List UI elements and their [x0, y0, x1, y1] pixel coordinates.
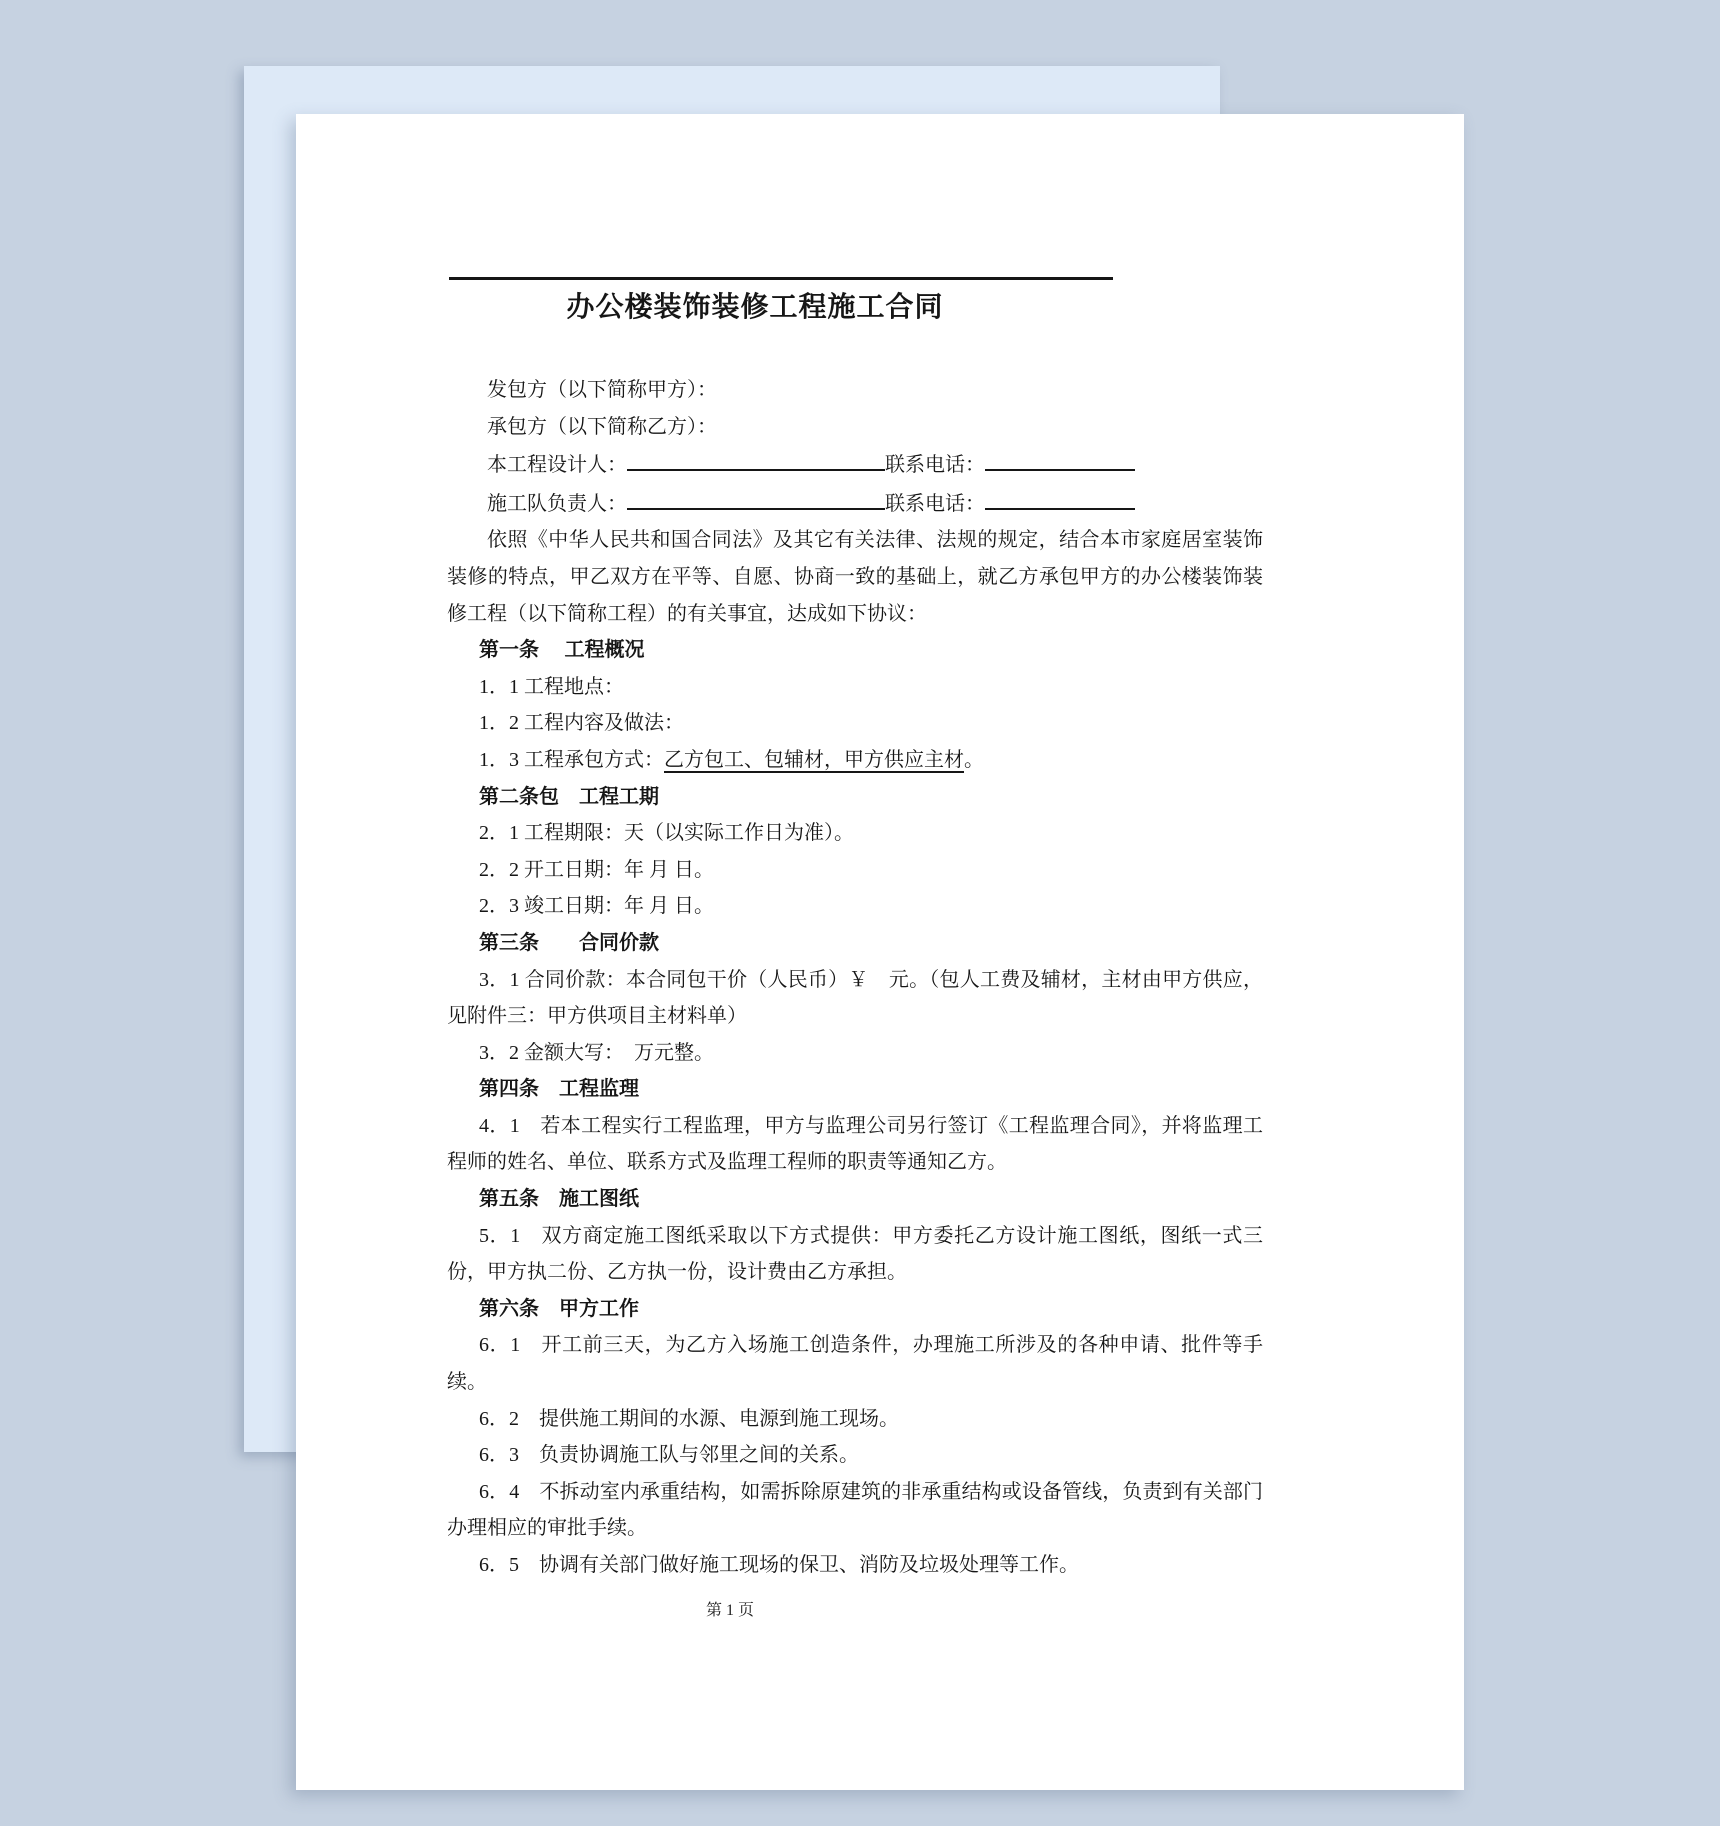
desktop-background: { "colors": { "background": "#c6d2e1", "…: [0, 0, 1720, 1826]
clause-item: 3．1 合同价款：本合同包干价（人民币）￥ 元。（包人工费及辅材，主材由甲方供应…: [447, 962, 1263, 1035]
clause-item: 1．1 工程地点：: [447, 669, 1263, 706]
clause-item: 2．1 工程期限：天（以实际工作日为准）。: [447, 815, 1263, 852]
form-label: 本工程设计人：: [487, 454, 627, 476]
form-row-crew-leader: 施工队负责人：联系电话：: [447, 484, 1263, 523]
page-content: 办公楼装饰装修工程施工合同 发包方（以下简称甲方）： 承包方（以下简称乙方）： …: [447, 277, 1263, 1626]
form-label: 施工队负责人：: [487, 493, 627, 515]
blank-line: [627, 445, 885, 471]
document-page: 办公楼装饰装修工程施工合同 发包方（以下简称甲方）： 承包方（以下简称乙方）： …: [296, 114, 1464, 1790]
party-line-a: 发包方（以下简称甲方）：: [447, 372, 1263, 409]
section-heading-2: 第二条包 工程工期: [447, 779, 1263, 816]
clause-item: 6．3 负责协调施工队与邻里之间的关系。: [447, 1437, 1263, 1474]
clause-item: 4．1 若本工程实行工程监理，甲方与监理公司另行签订《工程监理合同》，并将监理工…: [447, 1108, 1263, 1181]
title-divider: [449, 277, 1113, 280]
page-footer: 第 1 页: [447, 1596, 1263, 1626]
section-heading-3: 第三条 合同价款: [447, 925, 1263, 962]
clause-item: 3．2 金额大写： 万元整。: [447, 1035, 1263, 1072]
clause-item: 5．1 双方商定施工图纸采取以下方式提供：甲方委托乙方设计施工图纸，图纸一式三份…: [447, 1218, 1263, 1291]
document-title: 办公楼装饰装修工程施工合同: [447, 284, 1063, 330]
underlined-clause-text: 乙方包工、包辅材，甲方供应主材: [664, 749, 964, 771]
clause-item: 2．2 开工日期：年 月 日。: [447, 852, 1263, 889]
section-heading-5: 第五条 施工图纸: [447, 1181, 1263, 1218]
clause-text: 。: [964, 749, 984, 771]
party-line-b: 承包方（以下简称乙方）：: [447, 409, 1263, 446]
clause-item: 6．2 提供施工期间的水源、电源到施工现场。: [447, 1401, 1263, 1438]
form-row-designer: 本工程设计人：联系电话：: [447, 445, 1263, 484]
clause-item: 2．3 竣工日期：年 月 日。: [447, 888, 1263, 925]
blank-line: [985, 484, 1135, 510]
blank-line: [627, 484, 885, 510]
blank-line: [985, 445, 1135, 471]
phone-label: 联系电话：: [885, 454, 985, 476]
clause-item: 1．3 工程承包方式：乙方包工、包辅材，甲方供应主材。: [447, 742, 1263, 779]
clause-item: 1．2 工程内容及做法：: [447, 705, 1263, 742]
section-heading-4: 第四条 工程监理: [447, 1071, 1263, 1108]
clause-item: 6．5 协调有关部门做好施工现场的保卫、消防及垃圾处理等工作。: [447, 1547, 1263, 1584]
clause-item: 6．1 开工前三天，为乙方入场施工创造条件，办理施工所涉及的各种申请、批件等手续…: [447, 1327, 1263, 1400]
document-body: 发包方（以下简称甲方）： 承包方（以下简称乙方）： 本工程设计人：联系电话： 施…: [447, 372, 1263, 1584]
clause-item: 6．4 不拆动室内承重结构，如需拆除原建筑的非承重结构或设备管线，负责到有关部门…: [447, 1474, 1263, 1547]
section-heading-6: 第六条 甲方工作: [447, 1291, 1263, 1328]
clause-text: 1．3 工程承包方式：: [479, 749, 664, 771]
preamble: 依照《中华人民共和国合同法》及其它有关法律、法规的规定，结合本市家庭居室装饰装修…: [447, 522, 1263, 632]
section-heading-1: 第一条 工程概况: [447, 632, 1263, 669]
phone-label: 联系电话：: [885, 493, 985, 515]
